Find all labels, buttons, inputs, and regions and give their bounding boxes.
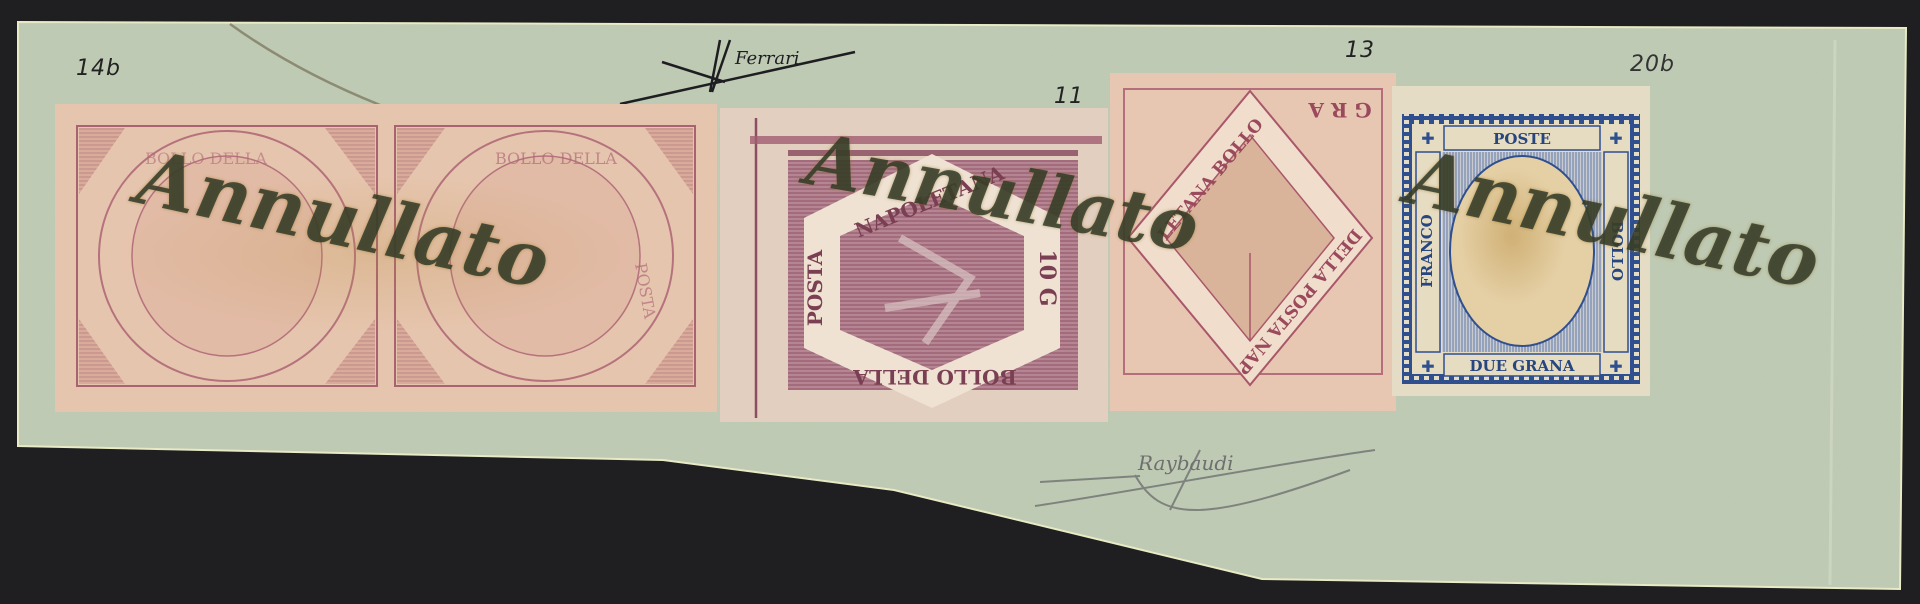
catalog-number-20b: 20b: [1630, 52, 1675, 77]
svg-text:10 G: 10 G: [1034, 249, 1060, 306]
svg-text:POSTE: POSTE: [1493, 130, 1551, 148]
stamp-fragment-photo: 14b 11 13 20b Ferrari Raybaudi BOLLO DEL…: [0, 0, 1920, 604]
svg-text:BOLLO DELLA: BOLLO DELLA: [495, 149, 617, 168]
catalog-number-13: 13: [1345, 38, 1375, 63]
cross-icon: ✚: [1609, 129, 1622, 148]
svg-text:DUE GRANA: DUE GRANA: [1469, 357, 1574, 375]
svg-text:Raybaudi: Raybaudi: [1137, 451, 1234, 475]
svg-text:G R A: G R A: [1308, 98, 1372, 122]
cross-icon: ✚: [1609, 357, 1622, 376]
svg-text:BOLLO DELLA: BOLLO DELLA: [853, 365, 1017, 389]
catalog-number-14b: 14b: [76, 56, 121, 81]
svg-text:POSTA: POSTA: [803, 249, 827, 326]
cross-icon: ✚: [1421, 357, 1434, 376]
signature-raybaudi: Raybaudi: [1020, 420, 1400, 530]
catalog-number-11: 11: [1054, 84, 1084, 109]
svg-text:Ferrari: Ferrari: [734, 48, 799, 69]
